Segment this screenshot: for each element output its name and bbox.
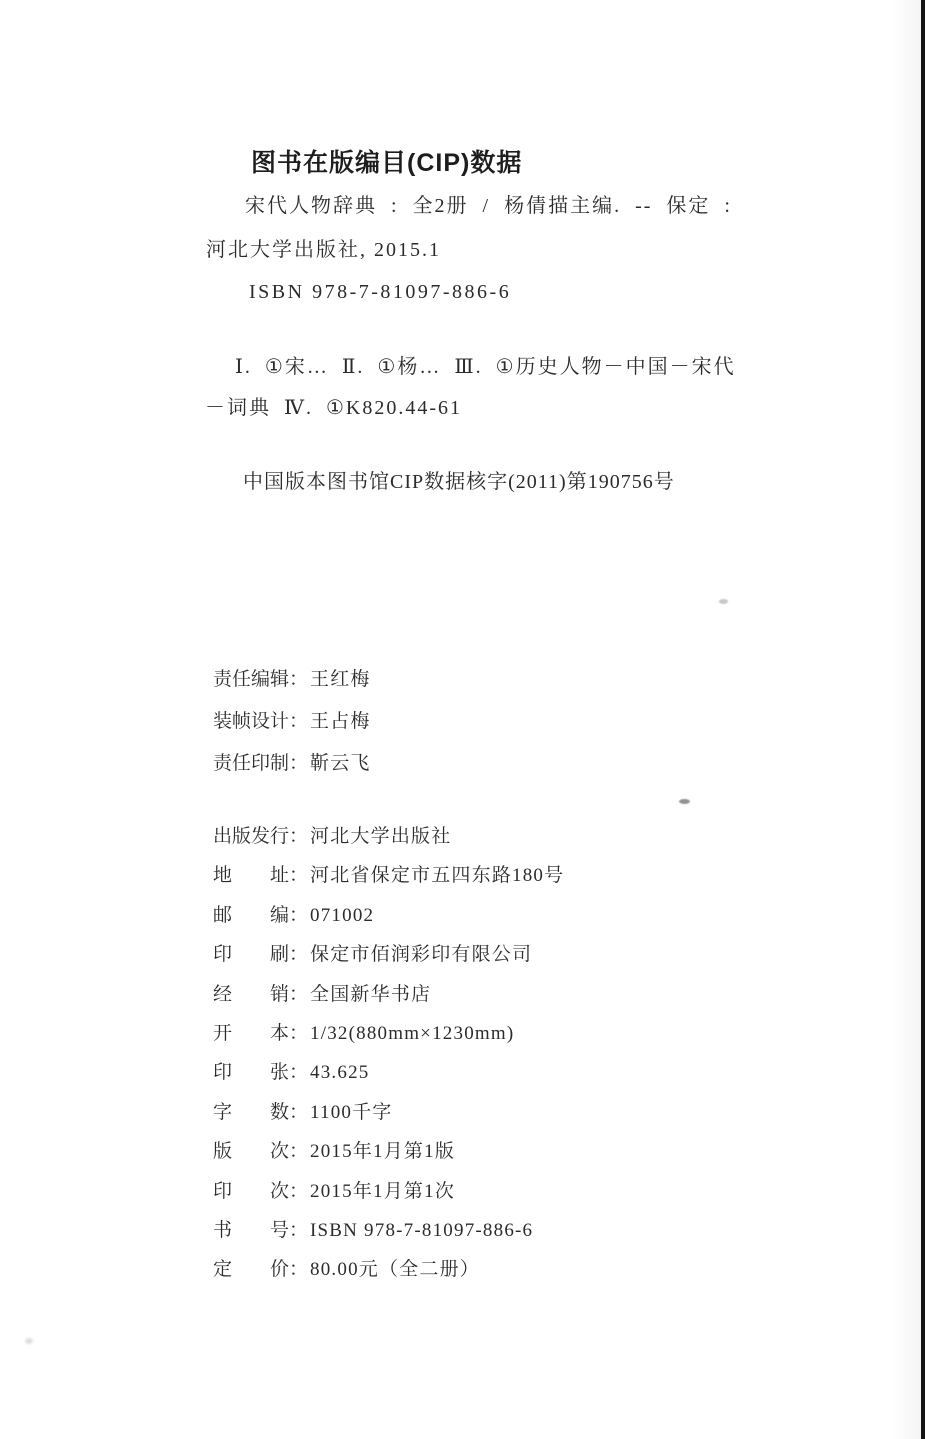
label-colon: ： xyxy=(289,856,308,895)
label-colon: ： xyxy=(289,1250,308,1289)
publication-row-isbn: 书号：ISBN 978-7-81097-886-6 xyxy=(213,1211,564,1250)
publication-label: 字数 xyxy=(213,1093,289,1132)
staff-value: 靳云飞 xyxy=(310,743,371,785)
scan-edge-line xyxy=(921,0,925,1439)
cip-title: 图书在版编目(CIP)数据 xyxy=(251,148,522,178)
label-colon: ： xyxy=(289,1132,308,1171)
publication-row-distributor: 经销：全国新华书店 xyxy=(213,975,564,1014)
scan-speck xyxy=(719,599,728,604)
publication-label: 地址 xyxy=(213,856,289,895)
label-colon: ： xyxy=(289,817,308,856)
label-colon: ： xyxy=(289,1014,308,1053)
cip-record-line-1: 宋代人物辞典 : 全2册 / 杨倩描主编. -- 保定 : xyxy=(245,194,732,218)
publication-row-sheets: 印张：43.625 xyxy=(213,1053,564,1092)
publication-label: 邮编 xyxy=(213,896,289,935)
publication-value: 河北大学出版社 xyxy=(310,817,451,856)
publication-label: 开本 xyxy=(213,1014,289,1053)
cip-registry-number-line: 中国版本图书馆CIP数据核字(2011)第190756号 xyxy=(243,470,675,494)
publication-value: ISBN 978-7-81097-886-6 xyxy=(310,1211,533,1250)
label-colon: ： xyxy=(289,1172,308,1211)
staff-label: 责任印制 xyxy=(213,743,289,785)
scan-edge-shading xyxy=(891,0,921,1439)
staff-label: 装帧设计 xyxy=(213,701,289,743)
cip-classification-line-2: －词典 Ⅳ. ①K820.44-61 xyxy=(205,396,462,420)
cip-record-line-2: 河北大学出版社, 2015.1 xyxy=(206,238,441,262)
publication-value: 1/32(880mm×1230mm) xyxy=(310,1014,514,1053)
label-colon: ： xyxy=(289,659,308,701)
staff-row-editor: 责任编辑：王红梅 xyxy=(213,659,371,701)
publication-value: 2015年1月第1版 xyxy=(310,1132,455,1171)
publication-label: 印刷 xyxy=(213,935,289,974)
scan-speck xyxy=(679,799,690,804)
label-colon: ： xyxy=(289,743,308,785)
publication-info-block: 出版发行：河北大学出版社 地址：河北省保定市五四东路180号 邮编：071002… xyxy=(213,817,564,1290)
staff-value: 王占梅 xyxy=(310,701,371,743)
publication-value: 全国新华书店 xyxy=(310,975,431,1014)
cip-copyright-page: 图书在版编目(CIP)数据 宋代人物辞典 : 全2册 / 杨倩描主编. -- 保… xyxy=(0,0,925,1439)
publication-row-postcode: 邮编：071002 xyxy=(213,896,564,935)
label-colon: ： xyxy=(289,975,308,1014)
label-colon: ： xyxy=(289,896,308,935)
staff-row-print-supervisor: 责任印制：靳云飞 xyxy=(213,743,371,785)
label-colon: ： xyxy=(289,1093,308,1132)
publication-row-price: 定价：80.00元（全二册） xyxy=(213,1250,564,1289)
publication-label: 印次 xyxy=(213,1172,289,1211)
publication-label: 书号 xyxy=(213,1211,289,1250)
publication-label: 印张 xyxy=(213,1053,289,1092)
label-colon: ： xyxy=(289,701,308,743)
publication-label: 出版发行 xyxy=(213,817,289,856)
publication-row-printer: 印刷：保定市佰润彩印有限公司 xyxy=(213,935,564,974)
cip-isbn-line: ISBN 978-7-81097-886-6 xyxy=(249,280,511,304)
staff-value: 王红梅 xyxy=(310,659,371,701)
publication-value: 1100千字 xyxy=(310,1093,393,1132)
cip-classification-line-1: Ⅰ. ①宋… Ⅱ. ①杨… Ⅲ. ①历史人物－中国－宋代 xyxy=(235,355,736,379)
publication-value: 河北省保定市五四东路180号 xyxy=(310,856,564,895)
publication-row-format: 开本：1/32(880mm×1230mm) xyxy=(213,1014,564,1053)
publication-row-edition: 版次：2015年1月第1版 xyxy=(213,1132,564,1171)
label-colon: ： xyxy=(289,1211,308,1250)
publication-value: 保定市佰润彩印有限公司 xyxy=(310,935,532,974)
publication-label: 版次 xyxy=(213,1132,289,1171)
staff-credits-block: 责任编辑：王红梅 装帧设计：王占梅 责任印制：靳云飞 xyxy=(213,659,371,785)
publication-label: 定价 xyxy=(213,1250,289,1289)
publication-label: 经销 xyxy=(213,975,289,1014)
staff-label: 责任编辑 xyxy=(213,659,289,701)
label-colon: ： xyxy=(289,935,308,974)
publication-value: 43.625 xyxy=(310,1053,369,1092)
publication-row-address: 地址：河北省保定市五四东路180号 xyxy=(213,856,564,895)
publication-value: 071002 xyxy=(310,896,374,935)
scan-speck xyxy=(25,1338,33,1344)
publication-value: 2015年1月第1次 xyxy=(310,1172,455,1211)
staff-row-designer: 装帧设计：王占梅 xyxy=(213,701,371,743)
publication-row-publisher: 出版发行：河北大学出版社 xyxy=(213,817,564,856)
publication-row-wordcount: 字数：1100千字 xyxy=(213,1093,564,1132)
label-colon: ： xyxy=(289,1053,308,1092)
publication-value: 80.00元（全二册） xyxy=(310,1250,480,1289)
publication-row-impression: 印次：2015年1月第1次 xyxy=(213,1172,564,1211)
